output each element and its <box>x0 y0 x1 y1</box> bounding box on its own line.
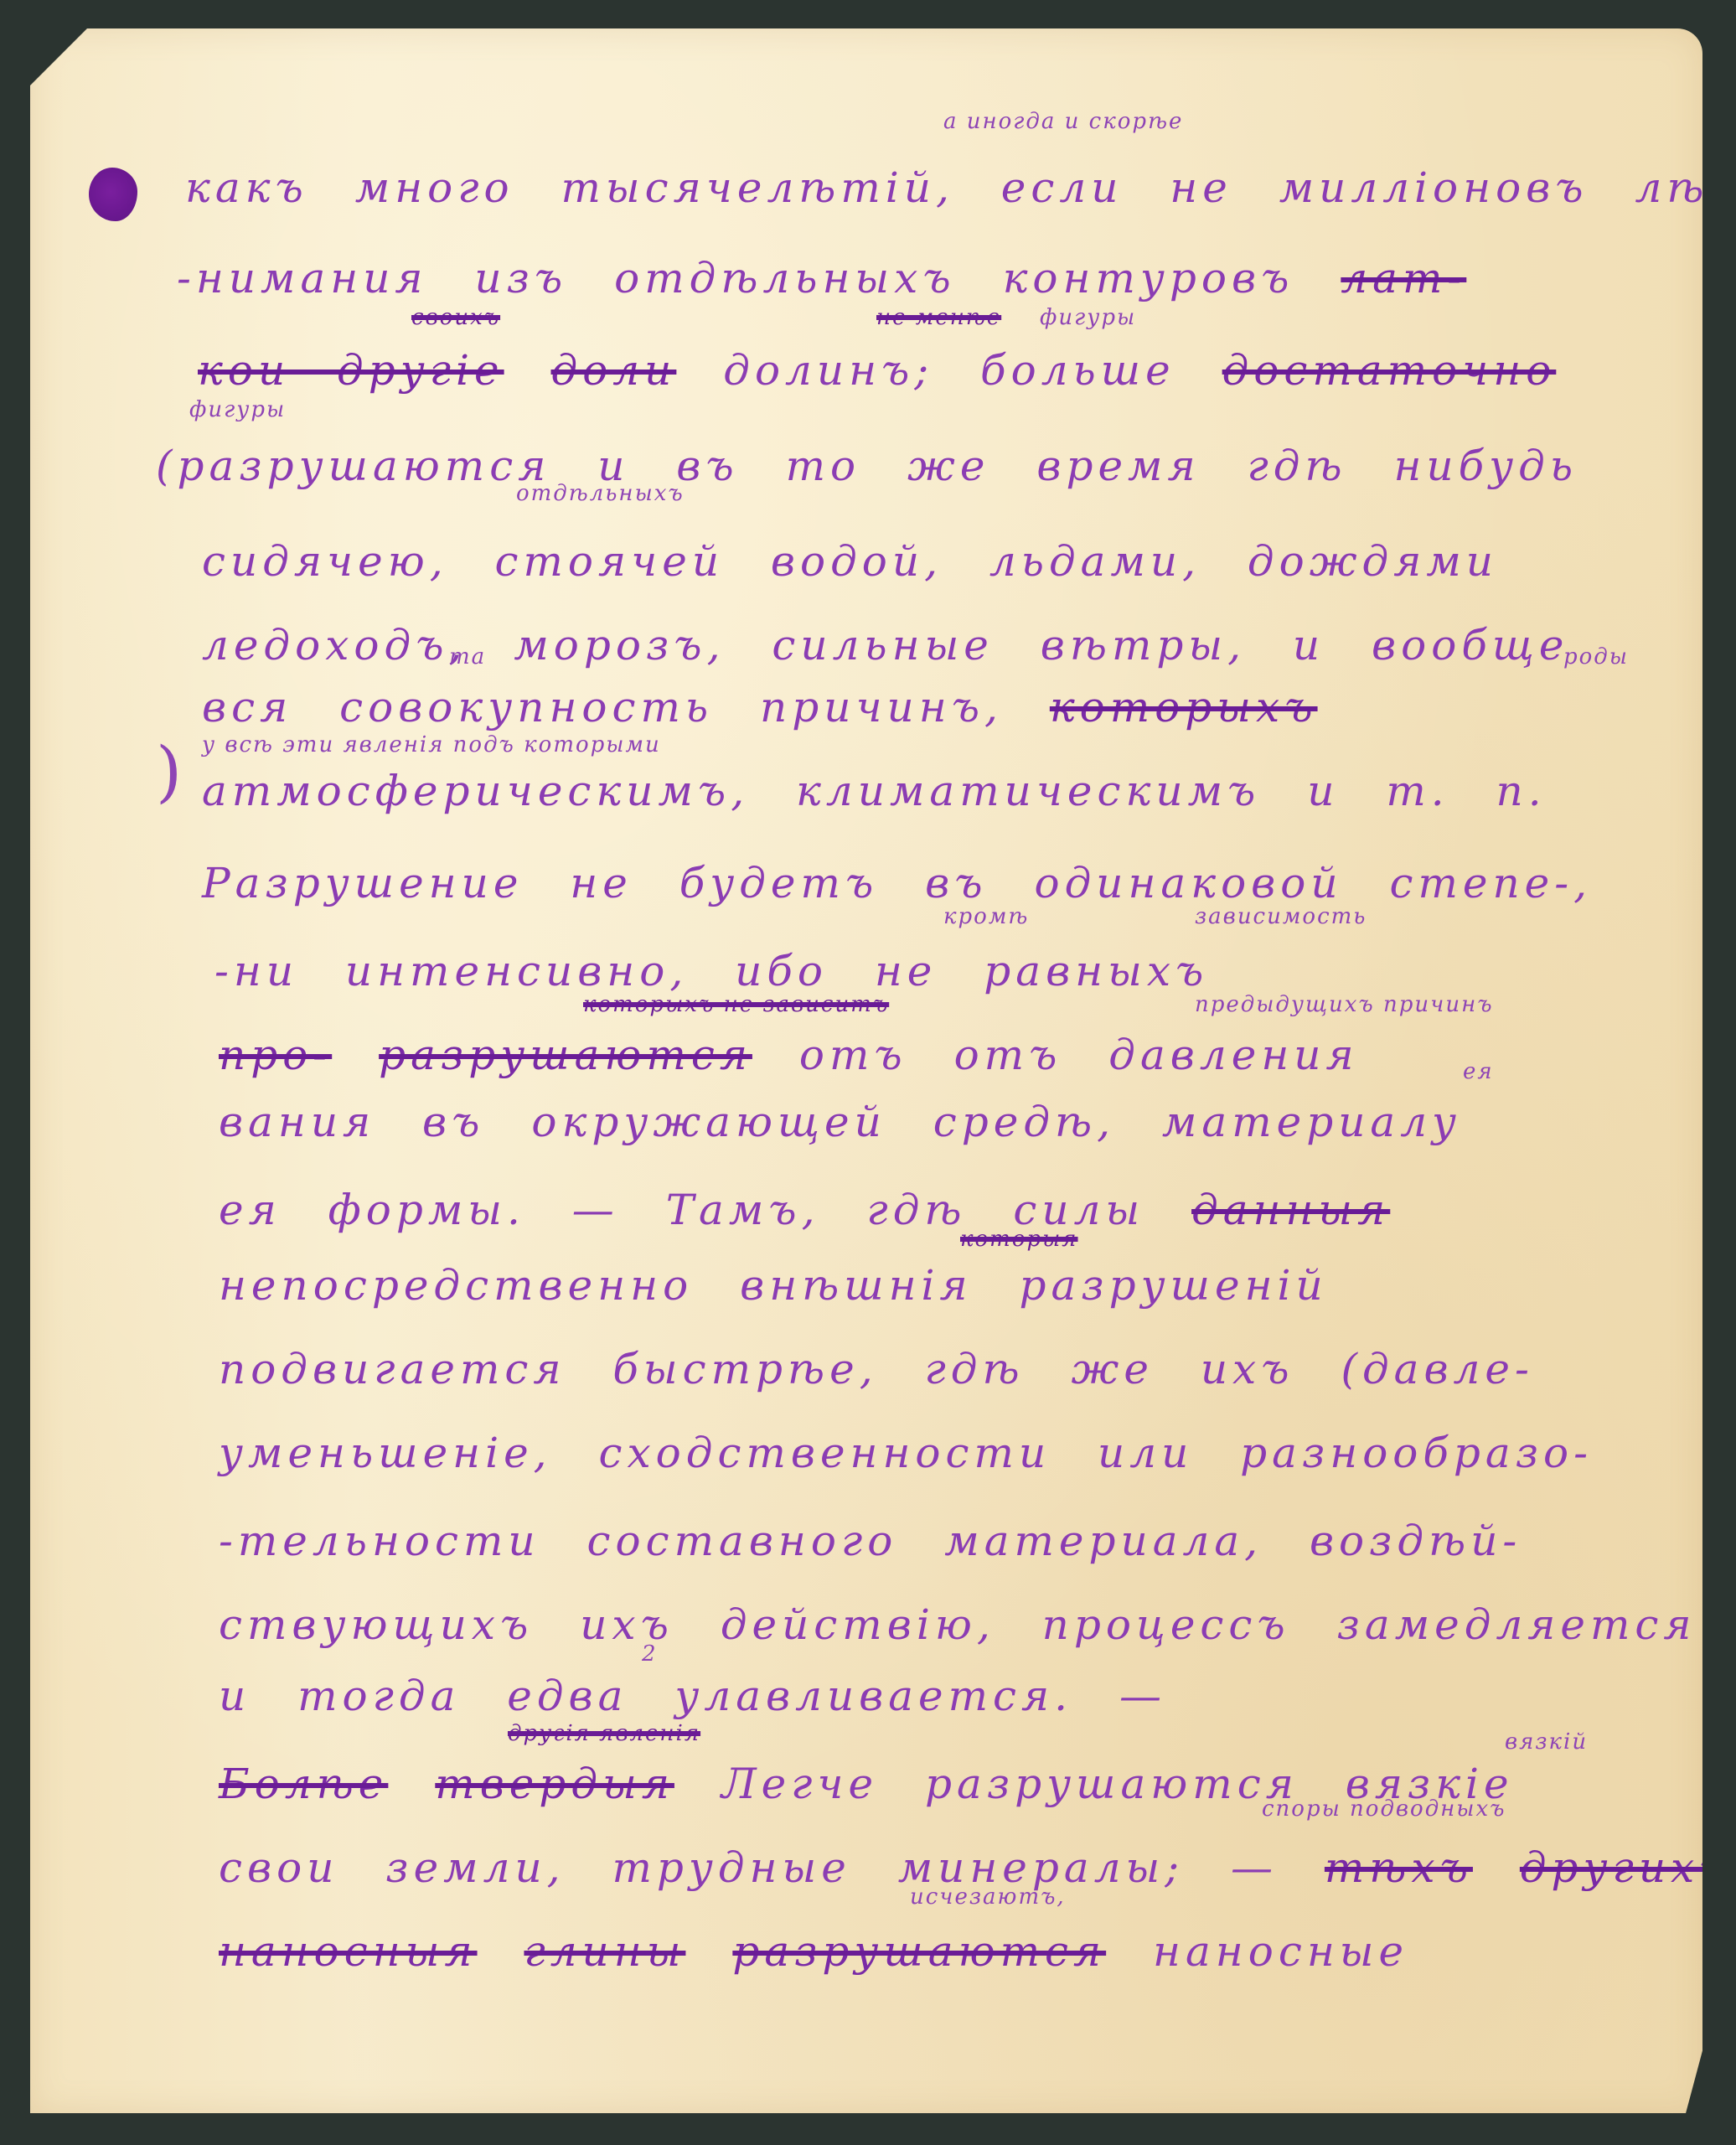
struck-word: тѣхъ <box>1325 1843 1473 1892</box>
manuscript-line-12: вания въ окружающей средѣ, материалу <box>30 1097 1702 1147</box>
manuscript-line-17: -тельности составного материала, воздѣй- <box>30 1516 1702 1566</box>
struck-insertion: которыя <box>960 1227 1078 1252</box>
struck-word: лат- <box>1341 254 1466 302</box>
manuscript-line-22: наносныя глины разрушаются наносные <box>30 1926 1702 1977</box>
interlinear-insertion: кромѣ <box>943 904 1029 929</box>
manuscript-line-18: ствующихъ ихъ действію, процессъ замедля… <box>30 1600 1702 1650</box>
struck-word: данныя <box>1191 1186 1390 1234</box>
manuscript-line-2: -нимания изъ отдѣльныхъ контуровъ лат- <box>30 253 1702 303</box>
struck-word: наносныя <box>219 1927 478 1976</box>
line-text: какъ много тысячелѣтій, если не милліоно… <box>185 163 1736 212</box>
manuscript-line-6: ледоходъ, морозъ, сильные вѣтры, и вообщ… <box>30 620 1702 670</box>
manuscript-line-9: Разрушение не будетъ въ одинаковой степе… <box>30 858 1702 908</box>
interlinear-insertion: предыдущихъ причинъ <box>1195 992 1494 1017</box>
line-text: свои земли, трудные минералы; — <box>219 1843 1325 1892</box>
manuscript-line-16: уменьшеніе, сходственности или разнообра… <box>30 1428 1702 1478</box>
interlinear-insertion: фигуры <box>189 397 286 422</box>
line-text: -нимания изъ отдѣльныхъ контуровъ <box>177 254 1294 302</box>
line-text: уменьшеніе, сходственности или разнообра… <box>219 1429 1593 1477</box>
manuscript-line-19: и тогда едва улавливается. — <box>30 1671 1702 1721</box>
interlinear-insertion: ея <box>1463 1059 1494 1084</box>
manuscript-line-21: свои земли, трудные минералы; — тѣхъ дру… <box>30 1843 1702 1893</box>
struck-word: другихъ <box>1520 1843 1733 1892</box>
line-text: (разрушаются и въ то же время гдѣ нибудь <box>156 442 1578 490</box>
manuscript-line-14: непосредственно внѣшнія разрушеній <box>30 1260 1702 1310</box>
manuscript-line-10: -ни интенсивно, ибо не равныхъ <box>30 946 1702 996</box>
line-text: сидячею, стоячей водой, льдами, дождями <box>202 537 1498 586</box>
interlinear-insertion: та <box>449 644 486 669</box>
manuscript-line-7: вся совокупность причинъ, которыхъ <box>30 682 1702 732</box>
line-text: отъ отъ давления <box>799 1031 1359 1079</box>
interlinear-insertion: исчезаютъ, <box>910 1884 1066 1910</box>
manuscript-line-4: (разрушаются и въ то же время гдѣ нибудь <box>30 441 1702 491</box>
struck-word: достаточно <box>1222 346 1557 395</box>
struck-word: твердыя <box>435 1760 674 1808</box>
struck-word: разрушаются <box>732 1927 1106 1976</box>
manuscript-line-11: про- разрушаются отъ отъ давления <box>30 1030 1702 1080</box>
interlinear-insertion: 2 <box>642 1641 658 1667</box>
line-text: долинъ; больше <box>723 346 1175 395</box>
line-text: -тельности составного материала, воздѣй- <box>219 1517 1522 1565</box>
line-text: вся совокупность причинъ, <box>202 683 1003 731</box>
struck-word: доли <box>551 346 677 395</box>
interlinear-insertion: а иногда и скорѣе <box>943 109 1183 134</box>
interlinear-insertion: у всѣ эти явленія подъ которыми <box>202 732 661 757</box>
line-text: наносные <box>1153 1927 1408 1976</box>
struck-word: Болѣе <box>219 1760 388 1808</box>
line-text: -ни интенсивно, ибо не равныхъ <box>214 947 1208 995</box>
manuscript-line-13: ея формы. — Тамъ, гдѣ силы данныя <box>30 1185 1702 1235</box>
struck-word: кои другіе <box>198 346 504 395</box>
interlinear-insertion: роды <box>1563 644 1629 669</box>
struck-word: глины <box>524 1927 685 1976</box>
line-text: атмосферическимъ, климатическимъ и т. п. <box>202 767 1547 815</box>
manuscript-line-15: подвигается быстрѣе, гдѣ же ихъ (давле- <box>30 1344 1702 1394</box>
interlinear-insertion: споры подводныхъ <box>1262 1796 1506 1822</box>
manuscript-line-8: атмосферическимъ, климатическимъ и т. п. <box>30 766 1702 816</box>
manuscript-page: а иногда и скорѣе потомъ какъ много тыся… <box>30 28 1702 2113</box>
interlinear-insertion: вязкій <box>1505 1729 1588 1755</box>
line-text: ствующихъ ихъ действію, процессъ замедля… <box>219 1600 1697 1649</box>
struck-insertion: своихъ <box>411 305 500 330</box>
struck-insertion: другія явленія <box>508 1721 700 1746</box>
interlinear-insertion: зависимость <box>1195 904 1367 929</box>
manuscript-line-3: кои другіе доли долинъ; больше достаточн… <box>30 345 1702 395</box>
line-text: непосредственно внѣшнія разрушеній <box>219 1261 1328 1310</box>
interlinear-insertion: фигуры <box>1040 305 1136 330</box>
line-text: и тогда едва улавливается. — <box>219 1672 1166 1720</box>
line-text: подвигается быстрѣе, гдѣ же ихъ (давле- <box>219 1345 1534 1393</box>
line-text: ледоходъ, морозъ, сильные вѣтры, и вообщ… <box>202 621 1568 669</box>
struck-insertion: которыхъ не зависитъ <box>583 992 889 1017</box>
line-text: Разрушение не будетъ въ одинаковой степе… <box>202 859 1592 907</box>
struck-word: разрушаются <box>379 1031 752 1079</box>
line-text: вания въ окружающей средѣ, материалу <box>219 1098 1461 1146</box>
manuscript-line-1: какъ много тысячелѣтій, если не милліоно… <box>30 163 1702 213</box>
struck-word: которыхъ <box>1050 683 1318 731</box>
manuscript-line-5: сидячею, стоячей водой, льдами, дождями <box>30 536 1702 587</box>
struck-insertion: не менѣе <box>876 305 1001 330</box>
struck-word: про- <box>219 1031 332 1079</box>
